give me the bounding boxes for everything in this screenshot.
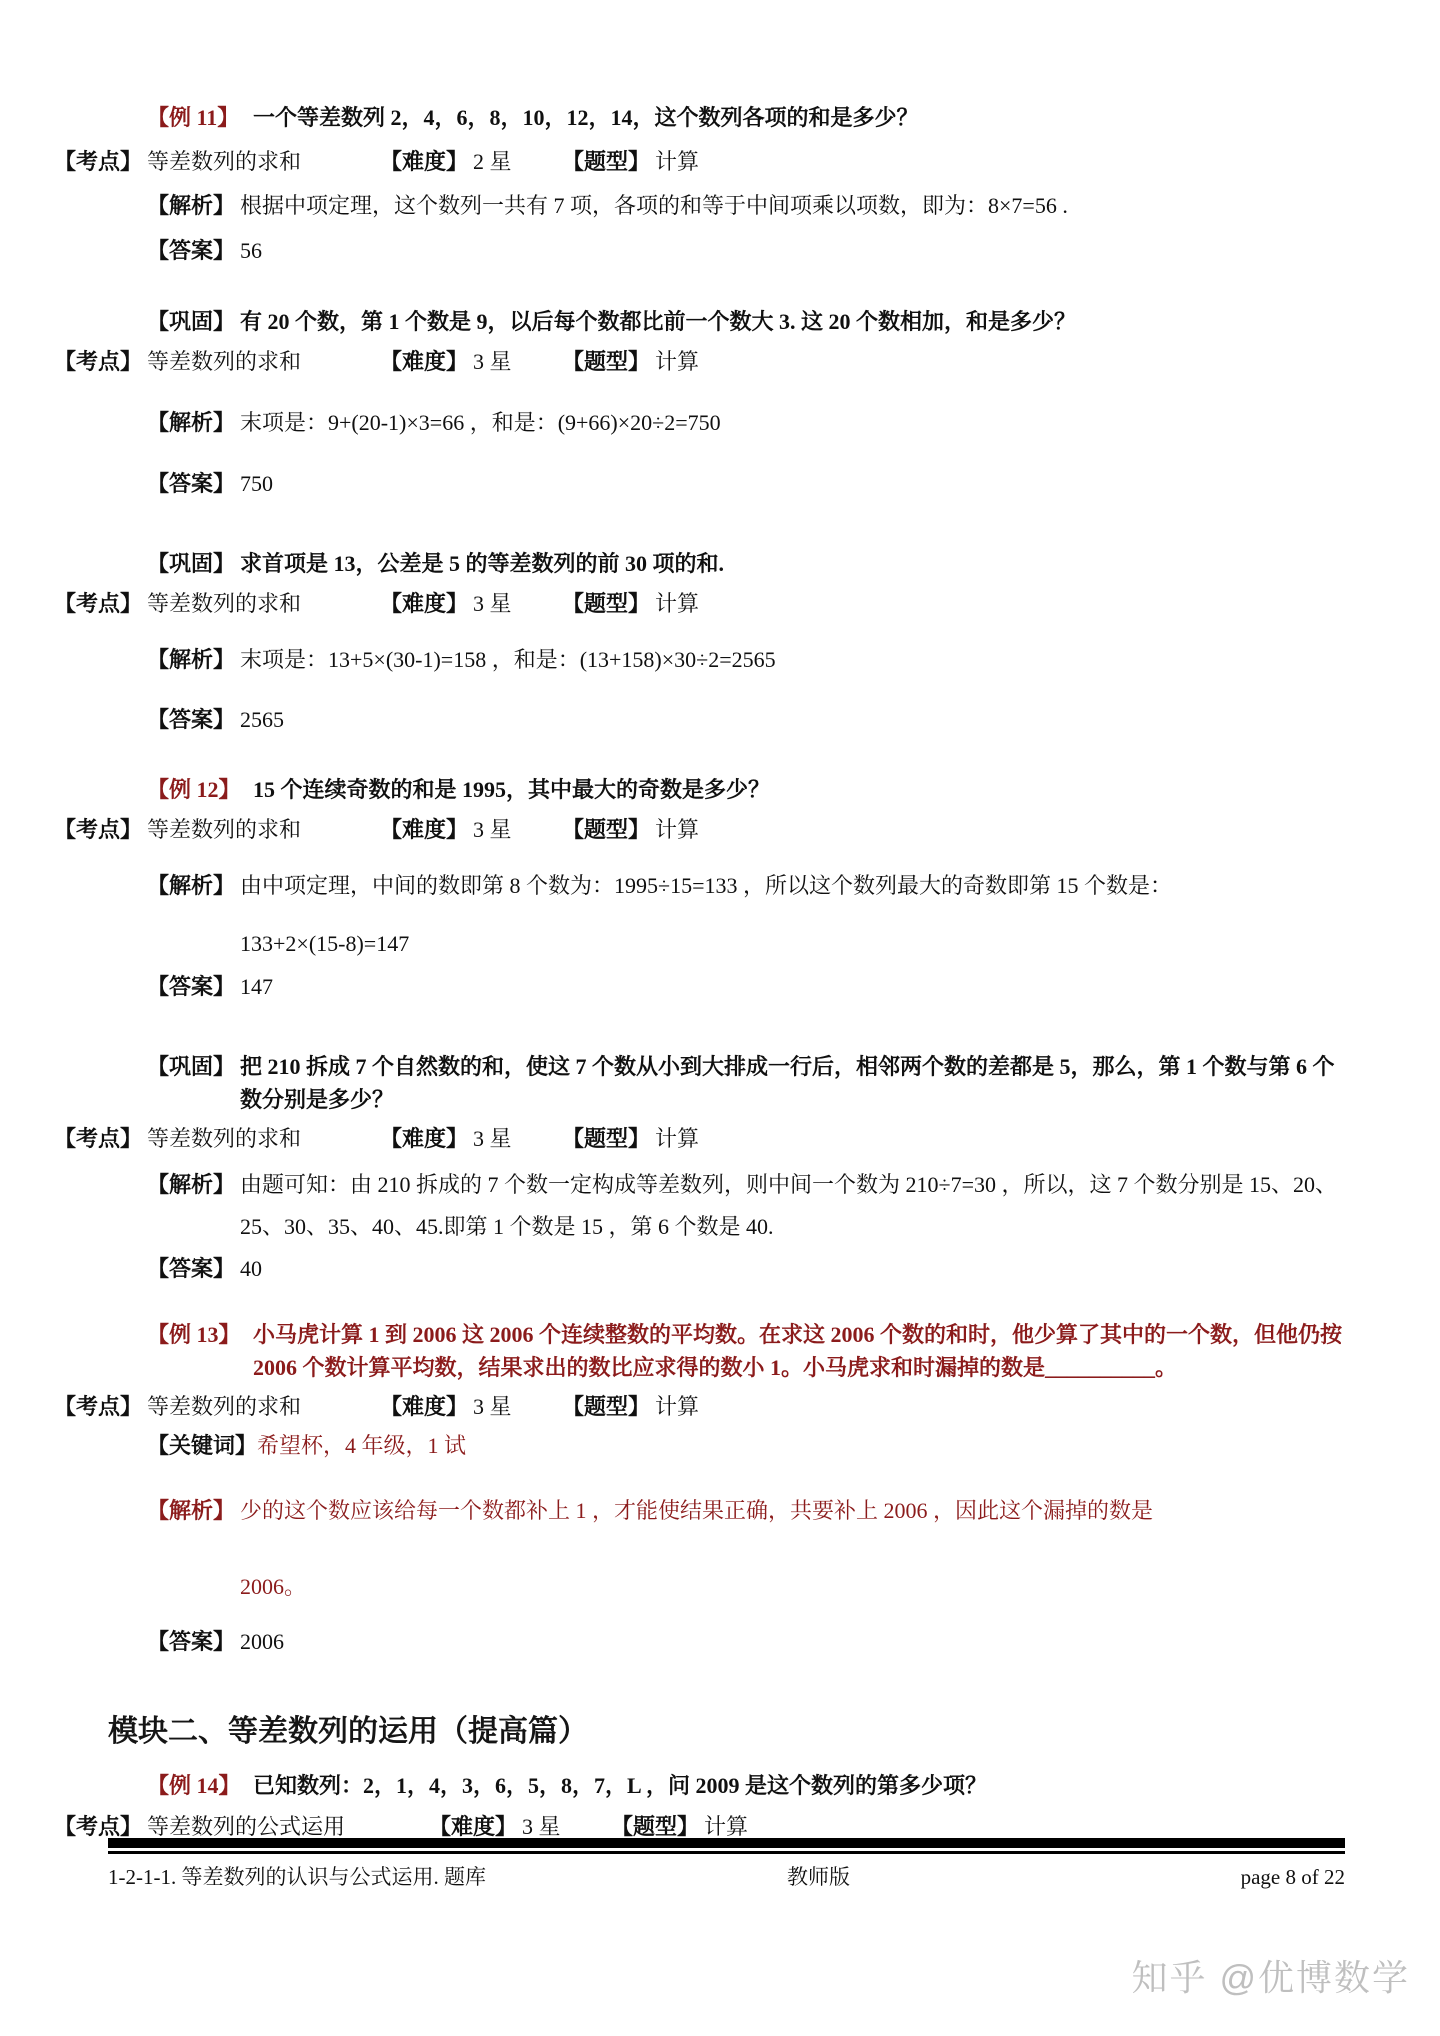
meta-row: 【考点】等差数列的求和【难度】3 星【题型】计算: [147, 345, 1345, 378]
nandu-label: 【难度】: [380, 813, 473, 846]
tixing-value: 计算: [655, 1122, 699, 1155]
problem-title: 求首项是 13，公差是 5 的等差数列的前 30 项的和.: [240, 551, 724, 576]
problem-title-row: 【巩固】把 210 拆成 7 个自然数的和，使这 7 个数从小到大排成一行后，相…: [147, 1050, 1345, 1116]
problem-title-row: 【例 12】15 个连续奇数的和是 1995，其中最大的奇数是多少？: [147, 773, 1345, 806]
worksheet-page: { "colors": { "accent_red": "#8b1b1b", "…: [0, 0, 1440, 2036]
kaodian-label: 【考点】: [54, 1390, 147, 1423]
footer-page-number: page 8 of 22: [1241, 1861, 1345, 1894]
daan-label: 【答案】: [147, 1252, 240, 1285]
nandu-label: 【难度】: [380, 145, 473, 178]
jiexi-text: 由中项定理，中间的数即第 8 个数为：1995÷15=133 ，所以这个数列最大…: [240, 873, 1172, 898]
tixing-value: 计算: [704, 1810, 748, 1843]
footer-document-title: 1-2-1-1. 等差数列的认识与公式运用. 题库: [108, 1865, 486, 1889]
daan-text: 56: [240, 238, 262, 263]
tixing-label: 【题型】: [611, 1810, 704, 1843]
meta-row: 【考点】等差数列的求和【难度】3 星【题型】计算: [147, 813, 1345, 846]
meta-row: 【考点】等差数列的公式运用【难度】3 星【题型】计算: [147, 1810, 1345, 1843]
formula-row: 133+2×(15-8)=147: [147, 927, 1345, 960]
section-heading: 模块二、等差数列的运用（提高篇）: [108, 1712, 1345, 1752]
problem-title-row: 【巩固】有 20 个数，第 1 个数是 9，以后每个数都比前一个数大 3. 这 …: [147, 305, 1345, 338]
jiexi-row: 【解析】末项是：9+(20-1)×3=66 ，和是：(9+66)×20÷2=75…: [147, 406, 1345, 439]
guanjianci-label: 【关键词】: [147, 1429, 257, 1462]
daan-text: 147: [240, 974, 273, 999]
problem-block-ex14: 【例 14】已知数列：2，1，4，3，6，5，8，7，L ，问 2009 是这个…: [147, 1769, 1345, 1843]
jiexi-row: 【解析】由题可知：由 210 拆成的 7 个数一定构成等差数列，则中间一个数为 …: [147, 1164, 1345, 1248]
jiexi-label: 【解析】: [147, 406, 240, 439]
daan-text: 2565: [240, 707, 284, 732]
meta-row: 【考点】等差数列的求和【难度】3 星【题型】计算: [147, 1390, 1345, 1423]
jiexi-label: 【解析】: [147, 643, 240, 676]
jiexi-label: 【解析】: [147, 1494, 240, 1527]
problem-title: 把 210 拆成 7 个自然数的和，使这 7 个数从小到大排成一行后，相邻两个数…: [240, 1054, 1335, 1112]
jiexi-text: 由题可知：由 210 拆成的 7 个数一定构成等差数列，则中间一个数为 210÷…: [240, 1172, 1337, 1239]
kaodian-label: 【考点】: [54, 145, 147, 178]
tixing-value: 计算: [655, 345, 699, 378]
meta-row: 【考点】等差数列的求和【难度】2 星【题型】计算: [147, 145, 1345, 178]
problem-title: 小马虎计算 1 到 2006 这 2006 个连续整数的平均数。在求这 2006…: [253, 1322, 1342, 1380]
nandu-label: 【难度】: [380, 1390, 473, 1423]
nandu-label: 【难度】: [380, 587, 473, 620]
problem-block-ex13: 【例 13】小马虎计算 1 到 2006 这 2006 个连续整数的平均数。在求…: [147, 1318, 1345, 1658]
nandu-label: 【难度】: [380, 1122, 473, 1155]
meta-row: 【考点】等差数列的求和【难度】3 星【题型】计算: [147, 587, 1345, 620]
problem-title-row: 【例 14】已知数列：2，1，4，3，6，5，8，7，L ，问 2009 是这个…: [147, 1769, 1345, 1802]
kaodian-label: 【考点】: [54, 813, 147, 846]
jiexi-label: 【解析】: [147, 189, 240, 222]
example-tag: 【例 13】: [147, 1318, 253, 1351]
jiexi-label: 【解析】: [147, 869, 240, 902]
jiexi-row: 【解析】末项是：13+5×(30-1)=158 ，和是：(13+158)×30÷…: [147, 643, 1345, 676]
daan-row: 【答案】40: [147, 1252, 1345, 1285]
problem-block-gonggu2: 【巩固】求首项是 13，公差是 5 的等差数列的前 30 项的和. 【考点】等差…: [147, 547, 1345, 736]
problem-title: 一个等差数列 2，4，6，8，10，12，14，这个数列各项的和是多少？: [253, 105, 919, 130]
jiexi-row: 【解析】由中项定理，中间的数即第 8 个数为：1995÷15=133 ，所以这个…: [147, 869, 1345, 902]
jiexi-text: 末项是：9+(20-1)×3=66 ，和是：(9+66)×20÷2=750: [240, 410, 721, 435]
problem-title: 有 20 个数，第 1 个数是 9，以后每个数都比前一个数大 3. 这 20 个…: [240, 309, 1076, 334]
nandu-label: 【难度】: [429, 1810, 522, 1843]
tixing-label: 【题型】: [562, 345, 655, 378]
tixing-value: 计算: [655, 587, 699, 620]
daan-row: 【答案】147: [147, 970, 1345, 1003]
tixing-label: 【题型】: [562, 1122, 655, 1155]
kaodian-label: 【考点】: [54, 587, 147, 620]
daan-label: 【答案】: [147, 1625, 240, 1658]
jiexi-row: 【解析】少的这个数应该给每一个数都补上 1 ，才能使结果正确，共要补上 2006…: [147, 1494, 1345, 1527]
example-tag: 【例 11】: [147, 101, 253, 134]
example-tag: 【例 12】: [147, 773, 253, 806]
jiexi-continued-text: 2006。: [240, 1574, 306, 1599]
gonggu-tag: 【巩固】: [147, 1050, 240, 1083]
problem-block-ex12: 【例 12】15 个连续奇数的和是 1995，其中最大的奇数是多少？ 【考点】等…: [147, 773, 1345, 1003]
problem-title-row: 【巩固】求首项是 13，公差是 5 的等差数列的前 30 项的和.: [147, 547, 1345, 580]
daan-row: 【答案】56: [147, 234, 1345, 267]
problem-title: 15 个连续奇数的和是 1995，其中最大的奇数是多少？: [253, 777, 770, 802]
tixing-label: 【题型】: [562, 145, 655, 178]
daan-row: 【答案】2565: [147, 703, 1345, 736]
jiexi-row: 【解析】根据中项定理，这个数列一共有 7 项，各项的和等于中间项乘以项数，即为：…: [147, 189, 1345, 222]
problem-block-gonggu1: 【巩固】有 20 个数，第 1 个数是 9，以后每个数都比前一个数大 3. 这 …: [147, 305, 1345, 500]
meta-row: 【考点】等差数列的求和【难度】3 星【题型】计算: [147, 1122, 1345, 1155]
keyword-row: 【关键词】希望杯，4 年级，1 试: [147, 1429, 1345, 1462]
watermark: 知乎 @优博数学: [1131, 1950, 1410, 2001]
jiexi-text: 末项是：13+5×(30-1)=158 ，和是：(13+158)×30÷2=25…: [240, 647, 776, 672]
problem-title-row: 【例 11】一个等差数列 2，4，6，8，10，12，14，这个数列各项的和是多…: [147, 101, 1345, 134]
daan-label: 【答案】: [147, 703, 240, 736]
problem-title: 已知数列：2，1，4，3，6，5，8，7，L ，问 2009 是这个数列的第多少…: [253, 1773, 987, 1798]
gonggu-tag: 【巩固】: [147, 547, 240, 580]
daan-label: 【答案】: [147, 970, 240, 1003]
jiexi-text: 根据中项定理，这个数列一共有 7 项，各项的和等于中间项乘以项数，即为：8×7=…: [240, 193, 1068, 218]
jiexi-label: 【解析】: [147, 1164, 240, 1206]
jiexi-text: 少的这个数应该给每一个数都补上 1 ，才能使结果正确，共要补上 2006 ，因此…: [240, 1498, 1153, 1523]
tixing-value: 计算: [655, 145, 699, 178]
daan-label: 【答案】: [147, 234, 240, 267]
tixing-value: 计算: [655, 813, 699, 846]
page-footer: 1-2-1-1. 等差数列的认识与公式运用. 题库 教师版 page 8 of …: [108, 1861, 1345, 1894]
problem-block-ex11: 【例 11】一个等差数列 2，4，6，8，10，12，14，这个数列各项的和是多…: [147, 101, 1345, 267]
daan-row: 【答案】750: [147, 467, 1345, 500]
guanjianci-value: 希望杯，4 年级，1 试: [257, 1433, 466, 1458]
kaodian-label: 【考点】: [54, 1810, 147, 1843]
kaodian-label: 【考点】: [54, 345, 147, 378]
gonggu-tag: 【巩固】: [147, 305, 240, 338]
problem-title-row: 【例 13】小马虎计算 1 到 2006 这 2006 个连续整数的平均数。在求…: [147, 1318, 1345, 1384]
tixing-label: 【题型】: [562, 813, 655, 846]
document-body: 【例 11】一个等差数列 2，4，6，8，10，12，14，这个数列各项的和是多…: [0, 0, 1440, 1894]
tixing-label: 【题型】: [562, 587, 655, 620]
daan-text: 750: [240, 471, 273, 496]
tixing-label: 【题型】: [562, 1390, 655, 1423]
problem-block-gonggu3: 【巩固】把 210 拆成 7 个自然数的和，使这 7 个数从小到大排成一行后，相…: [147, 1050, 1345, 1285]
daan-label: 【答案】: [147, 467, 240, 500]
daan-text: 2006: [240, 1629, 284, 1654]
example-tag: 【例 14】: [147, 1769, 253, 1802]
jiexi-continued-row: 2006。: [147, 1570, 1345, 1603]
tixing-value: 计算: [655, 1390, 699, 1423]
footer-edition: 教师版: [787, 1861, 850, 1894]
daan-text: 40: [240, 1256, 262, 1281]
formula-text: 133+2×(15-8)=147: [240, 931, 409, 956]
nandu-label: 【难度】: [380, 345, 473, 378]
daan-row: 【答案】2006: [147, 1625, 1345, 1658]
kaodian-label: 【考点】: [54, 1122, 147, 1155]
